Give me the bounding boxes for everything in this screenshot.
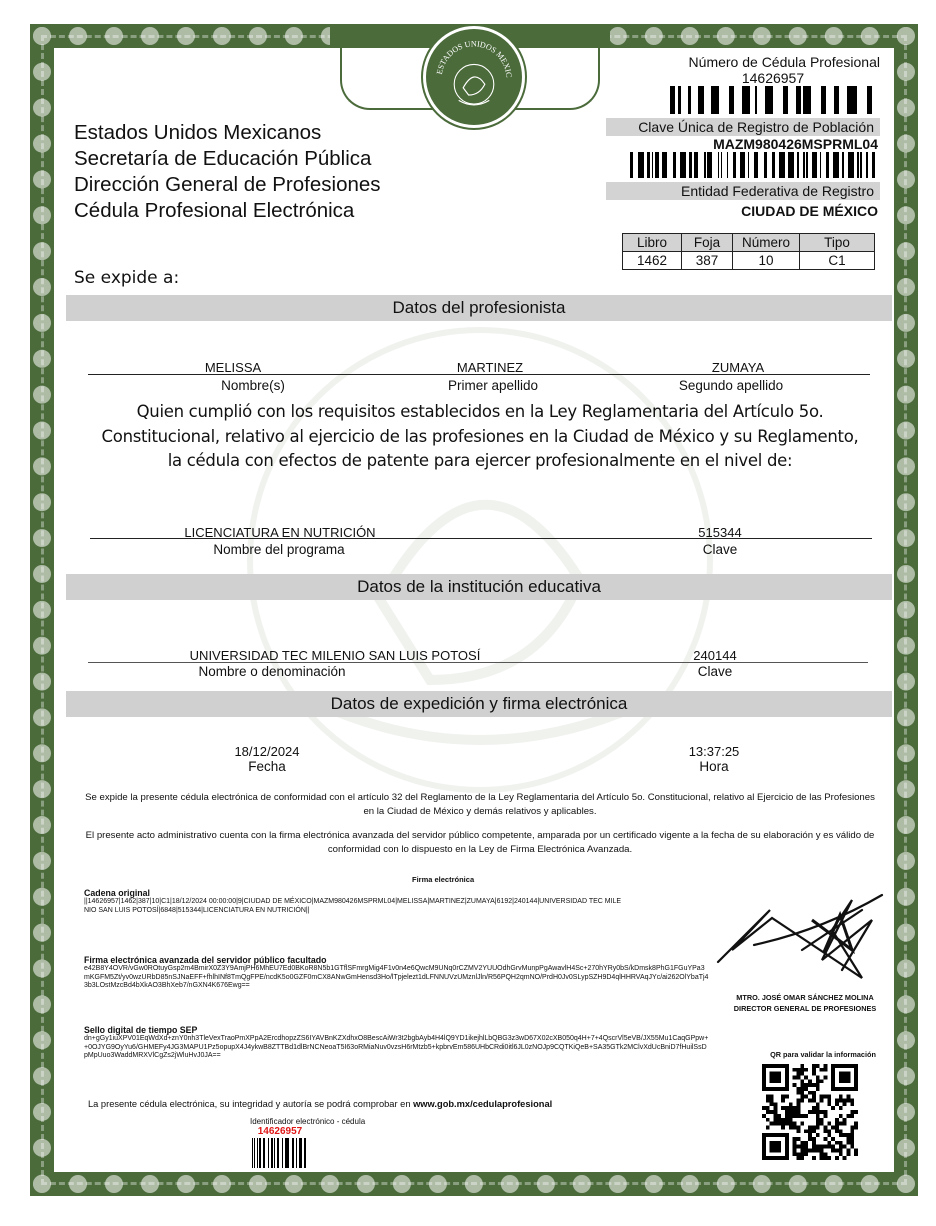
- institucion-clave-label: Clave: [675, 664, 755, 679]
- hora-label: Hora: [674, 759, 754, 774]
- registry-block: Número de Cédula Profesional 14626957 Cl…: [606, 54, 880, 219]
- cedula-barcode: [670, 86, 880, 114]
- institucion-underline: [88, 662, 868, 663]
- table-cell: 387: [682, 252, 733, 270]
- ident-barcode: [252, 1138, 308, 1168]
- cadena-value: ||14626957|1462|387|10|C1|18/12/2024 00:…: [84, 898, 624, 915]
- table-header: Número: [733, 234, 800, 252]
- fecha-label: Fecha: [207, 759, 327, 774]
- verify-link[interactable]: www.gob.mx/cedulaprofesional: [413, 1099, 552, 1109]
- table-header: Tipo: [800, 234, 875, 252]
- expedicion-paragraph-2: El presente acto administrativo cuenta c…: [80, 829, 880, 857]
- signer-block: MTRO. JOSÉ OMAR SÁNCHEZ MOLINA DIRECTOR …: [720, 992, 890, 1014]
- expide-label: Se expide a:: [74, 268, 179, 288]
- section-institucion: Datos de la institución educativa: [66, 574, 892, 600]
- cedula-label: Número de Cédula Profesional: [606, 54, 880, 70]
- sello-title: Sello digital de tiempo SEP: [84, 1025, 710, 1035]
- nombre-value: MELISSA: [173, 360, 293, 375]
- primer-apellido-value: MARTINEZ: [430, 360, 550, 375]
- sello-value: dn+gGy1iuXPV01EqWdXd+znY0nh3TleVexTraoPm…: [84, 1035, 710, 1061]
- entidad-label: Entidad Federativa de Registro: [606, 182, 880, 200]
- primer-apellido-label: Primer apellido: [423, 378, 563, 393]
- cadena-title: Cadena original: [84, 888, 624, 898]
- agency-line: Estados Unidos Mexicanos: [74, 120, 381, 146]
- programa-clave-label: Clave: [680, 542, 760, 557]
- signer-name: MTRO. JOSÉ OMAR SÁNCHEZ MOLINA: [720, 992, 890, 1003]
- cadena-original-block: Cadena original ||14626957|1462|387|10|C…: [84, 888, 624, 915]
- curp-barcode: [630, 152, 880, 178]
- firma-heading: Firma electrónica: [412, 875, 474, 884]
- nombre-label: Nombre(s): [183, 378, 323, 393]
- table-cell: C1: [800, 252, 875, 270]
- curp-label: Clave Única de Registro de Población: [606, 118, 880, 136]
- expedicion-paragraph-1: Se expide la presente cédula electrónica…: [80, 791, 880, 819]
- verify-text: La presente cédula electrónica, su integ…: [88, 1099, 552, 1109]
- registry-table: Libro Foja Número Tipo 1462 387 10 C1: [622, 233, 875, 270]
- agency-line: Dirección General de Profesiones: [74, 172, 381, 198]
- section-profesionista: Datos del profesionista: [66, 295, 892, 321]
- signature-icon: [712, 890, 892, 990]
- firma-avanzada-block: Firma electrónica avanzada del servidor …: [84, 955, 710, 991]
- segundo-apellido-value: ZUMAYA: [678, 360, 798, 375]
- curp-value: MAZM980426MSPRML04: [606, 136, 880, 152]
- table-header: Libro: [623, 234, 682, 252]
- verify-sentence: La presente cédula electrónica, su integ…: [88, 1099, 413, 1109]
- programa-label: Nombre del programa: [199, 542, 359, 557]
- firma-avanzada-title: Firma electrónica avanzada del servidor …: [84, 955, 710, 965]
- fecha-value: 18/12/2024: [207, 744, 327, 759]
- qr-label: QR para validar la información: [748, 1050, 898, 1059]
- ident-number: 14626957: [250, 1126, 310, 1137]
- table-cell: 10: [733, 252, 800, 270]
- table-cell: 1462: [623, 252, 682, 270]
- ident-label: Identificador electrónico - cédula: [250, 1117, 330, 1126]
- institucion-label: Nombre o denominación: [182, 664, 362, 679]
- cedula-number: 14626957: [666, 70, 880, 86]
- svg-text:ESTADOS UNIDOS MEXICANOS: ESTADOS UNIDOS MEXICANOS: [429, 32, 513, 78]
- legal-line: Constitucional, relativo al ejercicio de…: [60, 425, 900, 450]
- hora-value: 13:37:25: [674, 744, 754, 759]
- agency-line: Secretaría de Educación Pública: [74, 146, 381, 172]
- institucion-value: UNIVERSIDAD TEC MILENIO SAN LUIS POTOSÍ: [170, 648, 500, 663]
- section-expedicion: Datos de expedición y firma electrónica: [66, 691, 892, 717]
- legal-statement: Quien cumplió con los requisitos estable…: [60, 400, 900, 474]
- legal-line: la cédula con efectos de patente para ej…: [60, 449, 900, 474]
- national-seal-icon: ESTADOS UNIDOS MEXICANOS: [423, 26, 525, 128]
- name-underline: [88, 374, 870, 375]
- sello-block: Sello digital de tiempo SEP dn+gGy1iuXPV…: [84, 1025, 710, 1061]
- legal-line: Quien cumplió con los requisitos estable…: [60, 400, 900, 425]
- agency-heading: Estados Unidos Mexicanos Secretaría de E…: [74, 120, 381, 224]
- agency-line: Cédula Profesional Electrónica: [74, 198, 381, 224]
- firma-avanzada-value: e42B8Y4OVR/vGw0ROtuyGsp2m4BmirX0Z3Y9AmjP…: [84, 965, 710, 991]
- signer-title: DIRECTOR GENERAL DE PROFESIONES: [720, 1003, 890, 1014]
- programa-underline: [90, 538, 872, 539]
- institucion-clave-value: 240144: [675, 648, 755, 663]
- entidad-value: CIUDAD DE MÉXICO: [606, 203, 880, 219]
- table-header: Foja: [682, 234, 733, 252]
- segundo-apellido-label: Segundo apellido: [661, 378, 801, 393]
- qr-code-icon[interactable]: [762, 1064, 858, 1160]
